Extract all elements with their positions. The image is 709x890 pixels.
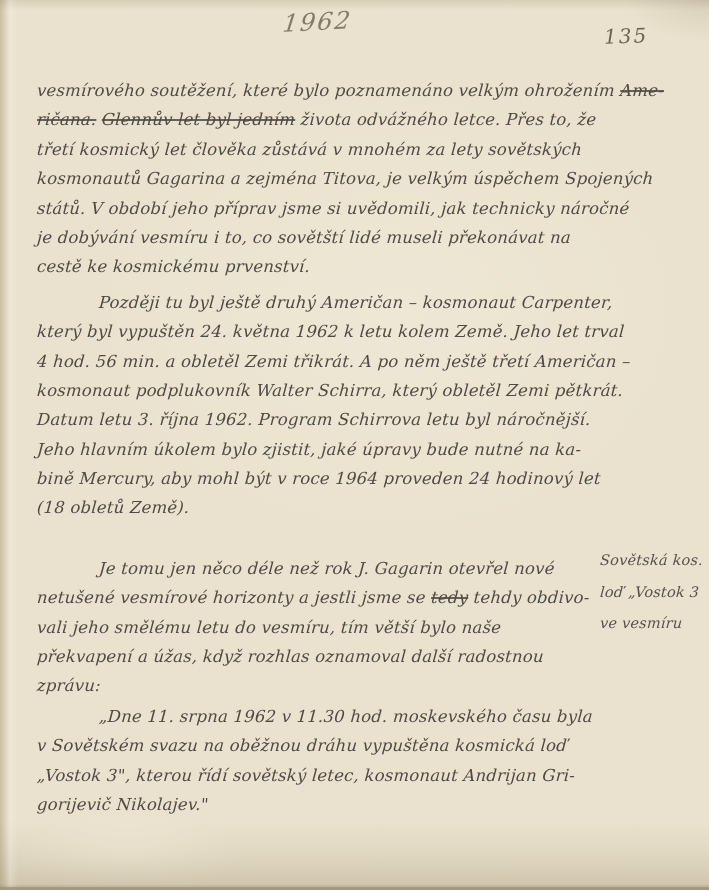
text-segment: kosmonaut podplukovník Walter Schirra, k… xyxy=(36,381,623,400)
text-segment: Později tu byl ještě druhý Američan – ko… xyxy=(98,293,613,312)
text-segment: zprávu: xyxy=(36,676,101,695)
text-line: Datum letu 3. října 1962. Program Schirr… xyxy=(36,405,604,434)
text-segment: překvapení a úžas, když rozhlas oznamova… xyxy=(36,647,544,666)
paragraph: Je tomu jen něco déle než rok J. Gagarin… xyxy=(36,554,602,701)
text-segment: třetí kosmický let člověka zůstává v mno… xyxy=(36,140,582,159)
text-line: kosmonautů Gagarina a zejména Titova, je… xyxy=(36,164,604,193)
text-segment: v Sovětském svazu na oběžnou dráhu vypuš… xyxy=(36,736,567,755)
text-segment: je dobývání vesmíru i to, co sovětští li… xyxy=(36,228,571,247)
text-segment: Jeho hlavním úkolem bylo zjistit, jaké ú… xyxy=(36,440,582,459)
text-line: „Dne 11. srpna 1962 v 11.30 hod. moskevs… xyxy=(36,702,604,731)
struck-text: Glennův let byl jedním xyxy=(101,110,296,129)
manuscript-body: vesmírového soutěžení, které bylo poznam… xyxy=(36,76,602,819)
text-line: zprávu: xyxy=(36,671,604,700)
text-segment: tehdy obdivo- xyxy=(468,588,591,607)
struck-text: Ame- xyxy=(620,81,665,100)
text-line: Je tomu jen něco déle než rok J. Gagarin… xyxy=(36,554,604,583)
text-line: Jeho hlavním úkolem bylo zjistit, jaké ú… xyxy=(36,435,604,464)
text-line: 4 hod. 56 min. a obletěl Zemi třikrát. A… xyxy=(36,347,604,376)
text-segment: života odvážného letce. Přes to, že xyxy=(295,110,597,129)
text-segment: cestě ke kosmickému prvenství. xyxy=(36,257,310,276)
year-header: 1962 xyxy=(281,6,353,38)
manuscript-page: 1962 135 vesmírového soutěžení, které by… xyxy=(0,0,709,890)
text-segment: (18 obletů Země). xyxy=(36,498,190,517)
text-line: bině Mercury, aby mohl být v roce 1964 p… xyxy=(36,464,604,493)
text-line: vali jeho smělému letu do vesmíru, tím v… xyxy=(36,613,604,642)
text-segment: „Dne 11. srpna 1962 v 11.30 hod. moskevs… xyxy=(98,707,593,726)
text-line: států. V období jeho příprav jsme si uvě… xyxy=(36,194,604,223)
text-segment: netušené vesmírové horizonty a jestli js… xyxy=(36,588,431,607)
text-segment: kosmonautů Gagarina a zejména Titova, je… xyxy=(36,169,654,188)
text-line: je dobývání vesmíru i to, co sovětští li… xyxy=(36,223,604,252)
text-line: (18 obletů Země). xyxy=(36,493,604,522)
text-segment: „Vostok 3", kterou řídí sovětský letec, … xyxy=(36,766,575,785)
text-line: který byl vypuštěn 24. května 1962 k let… xyxy=(36,317,604,346)
text-segment: 4 hod. 56 min. a obletěl Zemi třikrát. A… xyxy=(36,352,631,371)
page-number: 135 xyxy=(604,23,649,49)
struck-text: tedy xyxy=(430,588,468,607)
text-line: ričana. Glennův let byl jedním života od… xyxy=(36,105,604,134)
text-line: netušené vesmírové horizonty a jestli js… xyxy=(36,583,604,612)
text-segment: gorijevič Nikolajev." xyxy=(36,795,209,814)
text-segment: Je tomu jen něco déle než rok J. Gagarin… xyxy=(98,559,555,578)
margin-note-line: loď „Vostok 3 xyxy=(599,578,709,610)
text-line: třetí kosmický let člověka zůstává v mno… xyxy=(36,135,604,164)
text-line: v Sovětském svazu na oběžnou dráhu vypuš… xyxy=(36,731,604,760)
text-segment: vali jeho smělému letu do vesmíru, tím v… xyxy=(36,618,502,637)
text-line: kosmonaut podplukovník Walter Schirra, k… xyxy=(36,376,604,405)
text-segment: Datum letu 3. října 1962. Program Schirr… xyxy=(36,410,591,429)
text-segment: bině Mercury, aby mohl být v roce 1964 p… xyxy=(36,469,601,488)
text-line: vesmírového soutěžení, které bylo poznam… xyxy=(36,76,604,105)
paragraph: vesmírového soutěžení, které bylo poznam… xyxy=(36,76,602,282)
paragraph: „Dne 11. srpna 1962 v 11.30 hod. moskevs… xyxy=(36,702,602,820)
text-line: Později tu byl ještě druhý Američan – ko… xyxy=(36,288,604,317)
struck-text: ričana. xyxy=(36,110,97,129)
margin-note-line: Sovětská kos. xyxy=(599,546,709,578)
text-segment: vesmírového soutěžení, které bylo poznam… xyxy=(36,81,621,100)
margin-note-line: ve vesmíru xyxy=(599,609,709,641)
margin-note: Sovětská kos.loď „Vostok 3ve vesmíru xyxy=(600,546,708,641)
text-segment: států. V období jeho příprav jsme si uvě… xyxy=(36,199,630,218)
paragraph: Později tu byl ještě druhý Američan – ko… xyxy=(36,288,602,523)
text-line: „Vostok 3", kterou řídí sovětský letec, … xyxy=(36,761,604,790)
text-line: cestě ke kosmickému prvenství. xyxy=(36,252,604,281)
text-segment: který byl vypuštěn 24. května 1962 k let… xyxy=(36,322,625,341)
text-line: gorijevič Nikolajev." xyxy=(36,790,604,819)
text-line: překvapení a úžas, když rozhlas oznamova… xyxy=(36,642,604,671)
